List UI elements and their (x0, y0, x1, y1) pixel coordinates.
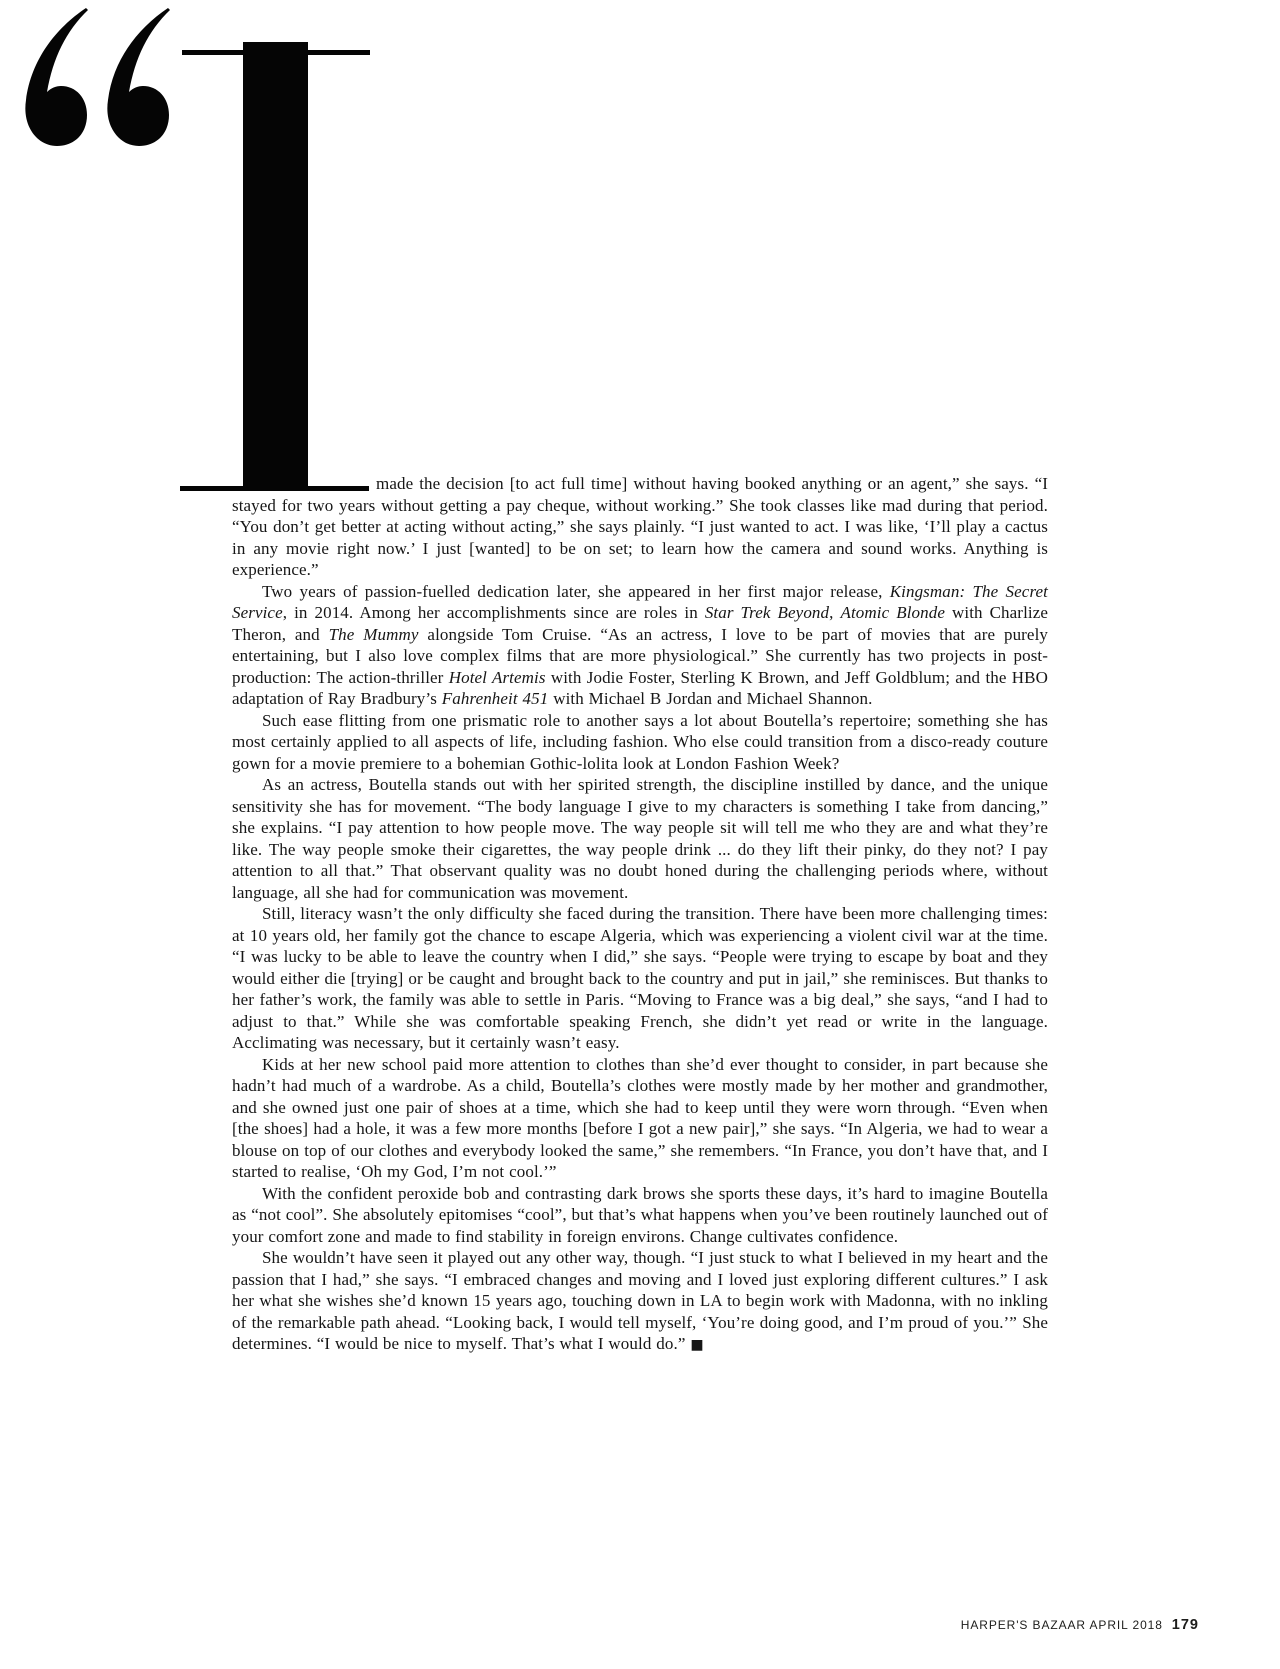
article-paragraph-3: Such ease flitting from one prismatic ro… (232, 710, 1048, 775)
article-paragraph-1: made the decision [to act full time] wit… (232, 473, 1048, 581)
page-footer: HARPER'S BAZAAR APRIL 2018179 (961, 1616, 1199, 1634)
article-paragraph-2: Two years of passion-fuelled dedication … (232, 581, 1048, 710)
article-paragraph-4: As an actress, Boutella stands out with … (232, 774, 1048, 903)
article-body: made the decision [to act full time] wit… (232, 473, 1048, 1357)
magazine-page: “ I made the decision [to act full time]… (0, 0, 1280, 1669)
article-paragraph-5: Still, literacy wasn’t the only difficul… (232, 903, 1048, 1054)
footer-page-number: 179 (1172, 1617, 1199, 1633)
article-paragraph-8: She wouldn’t have seen it played out any… (232, 1247, 1048, 1357)
drop-cap-letter-i: I (180, 40, 370, 491)
drop-cap-stem (243, 42, 308, 491)
opening-quote-icon: “ (24, 6, 174, 148)
footer-publication: HARPER'S BAZAAR APRIL 2018 (961, 1618, 1163, 1632)
drop-cap-char: I (180, 40, 181, 41)
article-paragraph-7: With the confident peroxide bob and cont… (232, 1183, 1048, 1248)
quote-mark-char: “ (24, 148, 25, 149)
article-paragraph-6: Kids at her new school paid more attenti… (232, 1054, 1048, 1183)
